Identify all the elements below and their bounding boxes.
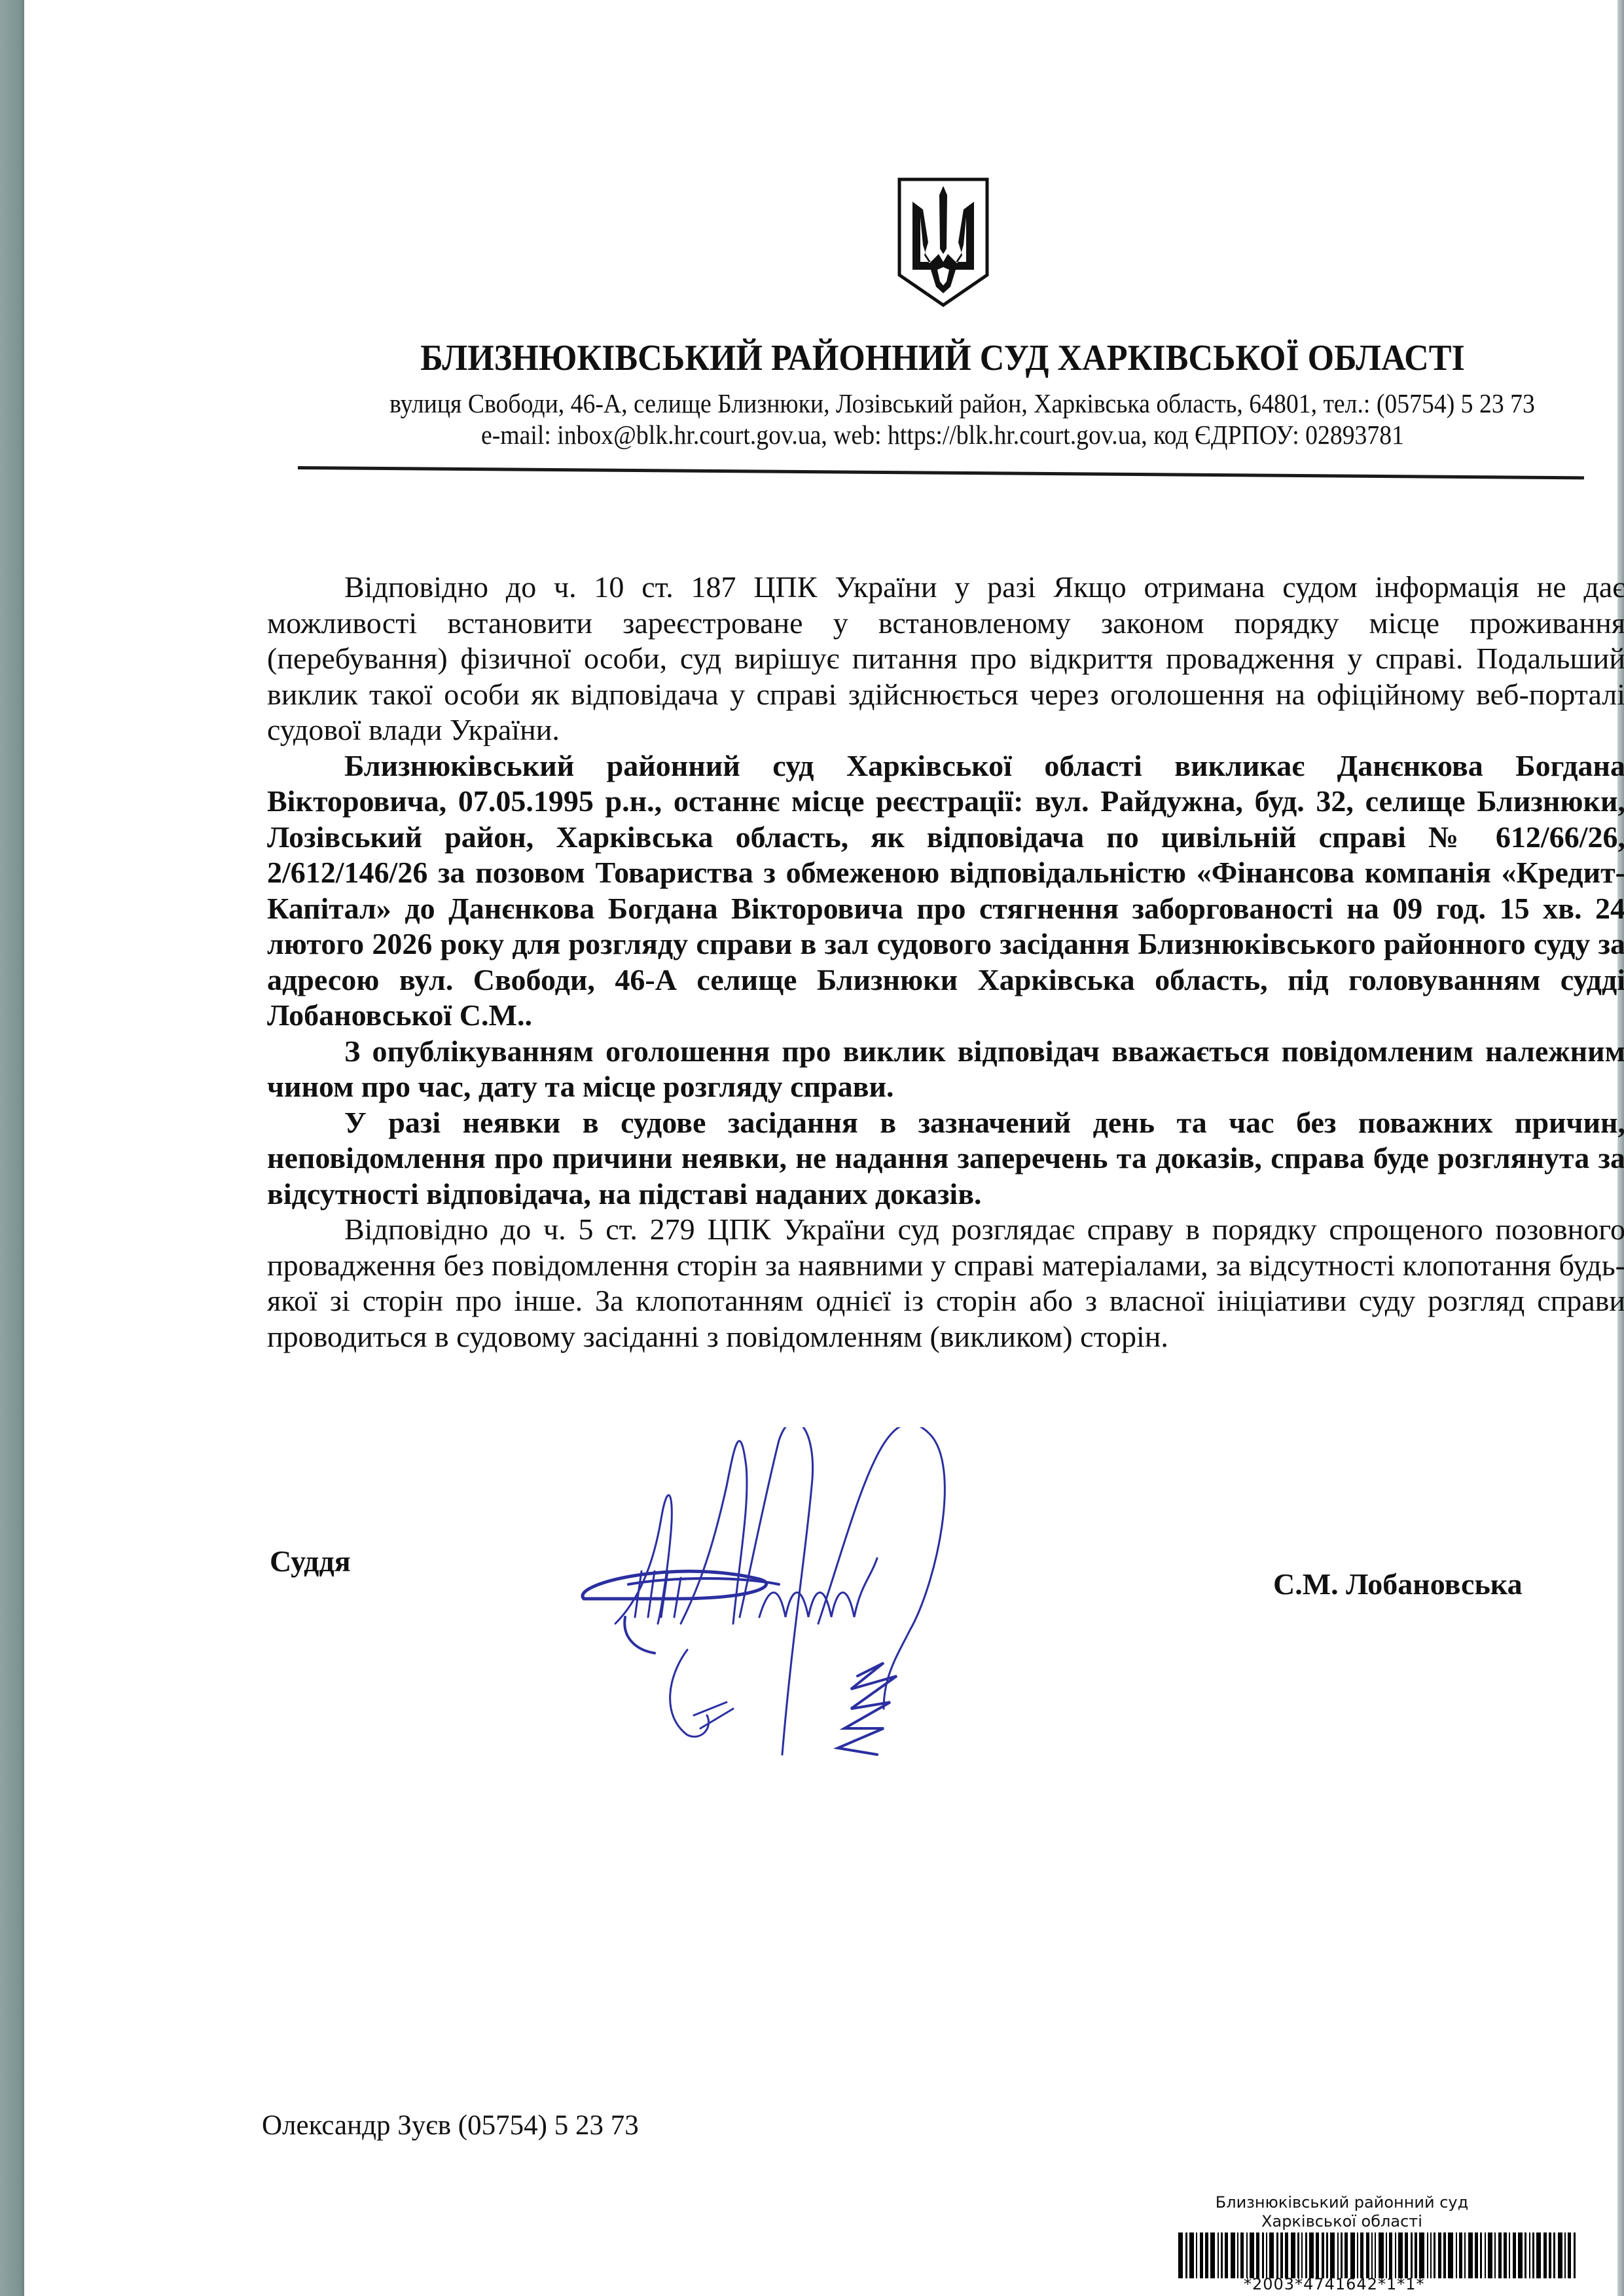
stamp-court-line1: Близнюківський районний суд bbox=[1204, 2193, 1479, 2212]
registry-stamp: Близнюківський районний суд Харківської … bbox=[1178, 2193, 1610, 2293]
barcode-icon bbox=[1178, 2232, 1610, 2278]
judge-role-label: Суддя bbox=[270, 1544, 351, 1578]
paragraph-notification: З опублікуванням оголошення про виклик в… bbox=[267, 1034, 1624, 1105]
header-divider bbox=[298, 466, 1584, 479]
court-name-heading: БЛИЗНЮКІВСЬКИЙ РАЙОННИЙ СУД ХАРКІВСЬКОЇ … bbox=[334, 337, 1551, 379]
trident-emblem-icon bbox=[897, 177, 990, 308]
judge-name: С.М. Лобановська bbox=[1273, 1567, 1523, 1601]
scan-edge-left bbox=[0, 0, 24, 2296]
paragraph-legal-basis: Відповідно до ч. 10 ст. 187 ЦПК України … bbox=[267, 570, 1624, 748]
contact-person: Олександр Зуєв (05754) 5 23 73 bbox=[262, 2109, 639, 2141]
paragraph-simplified-procedure: Відповідно до ч. 5 ст. 279 ЦПК України с… bbox=[267, 1212, 1624, 1355]
stamp-court-line2: Харківської області bbox=[1204, 2212, 1479, 2231]
notice-body: Відповідно до ч. 10 ст. 187 ЦПК України … bbox=[267, 570, 1624, 1355]
paragraph-summons: Близнюківський районний суд Харківської … bbox=[267, 748, 1624, 1034]
handwritten-signature-icon bbox=[543, 1427, 1132, 1768]
court-address: вулиця Свободи, 46-А, селище Близнюки, Л… bbox=[360, 388, 1564, 419]
court-contacts: e-mail: inbox@blk.hr.court.gov.ua, web: … bbox=[340, 419, 1545, 450]
paragraph-absence-consequence: У разі неявки в судове засідання в зазна… bbox=[267, 1105, 1624, 1212]
